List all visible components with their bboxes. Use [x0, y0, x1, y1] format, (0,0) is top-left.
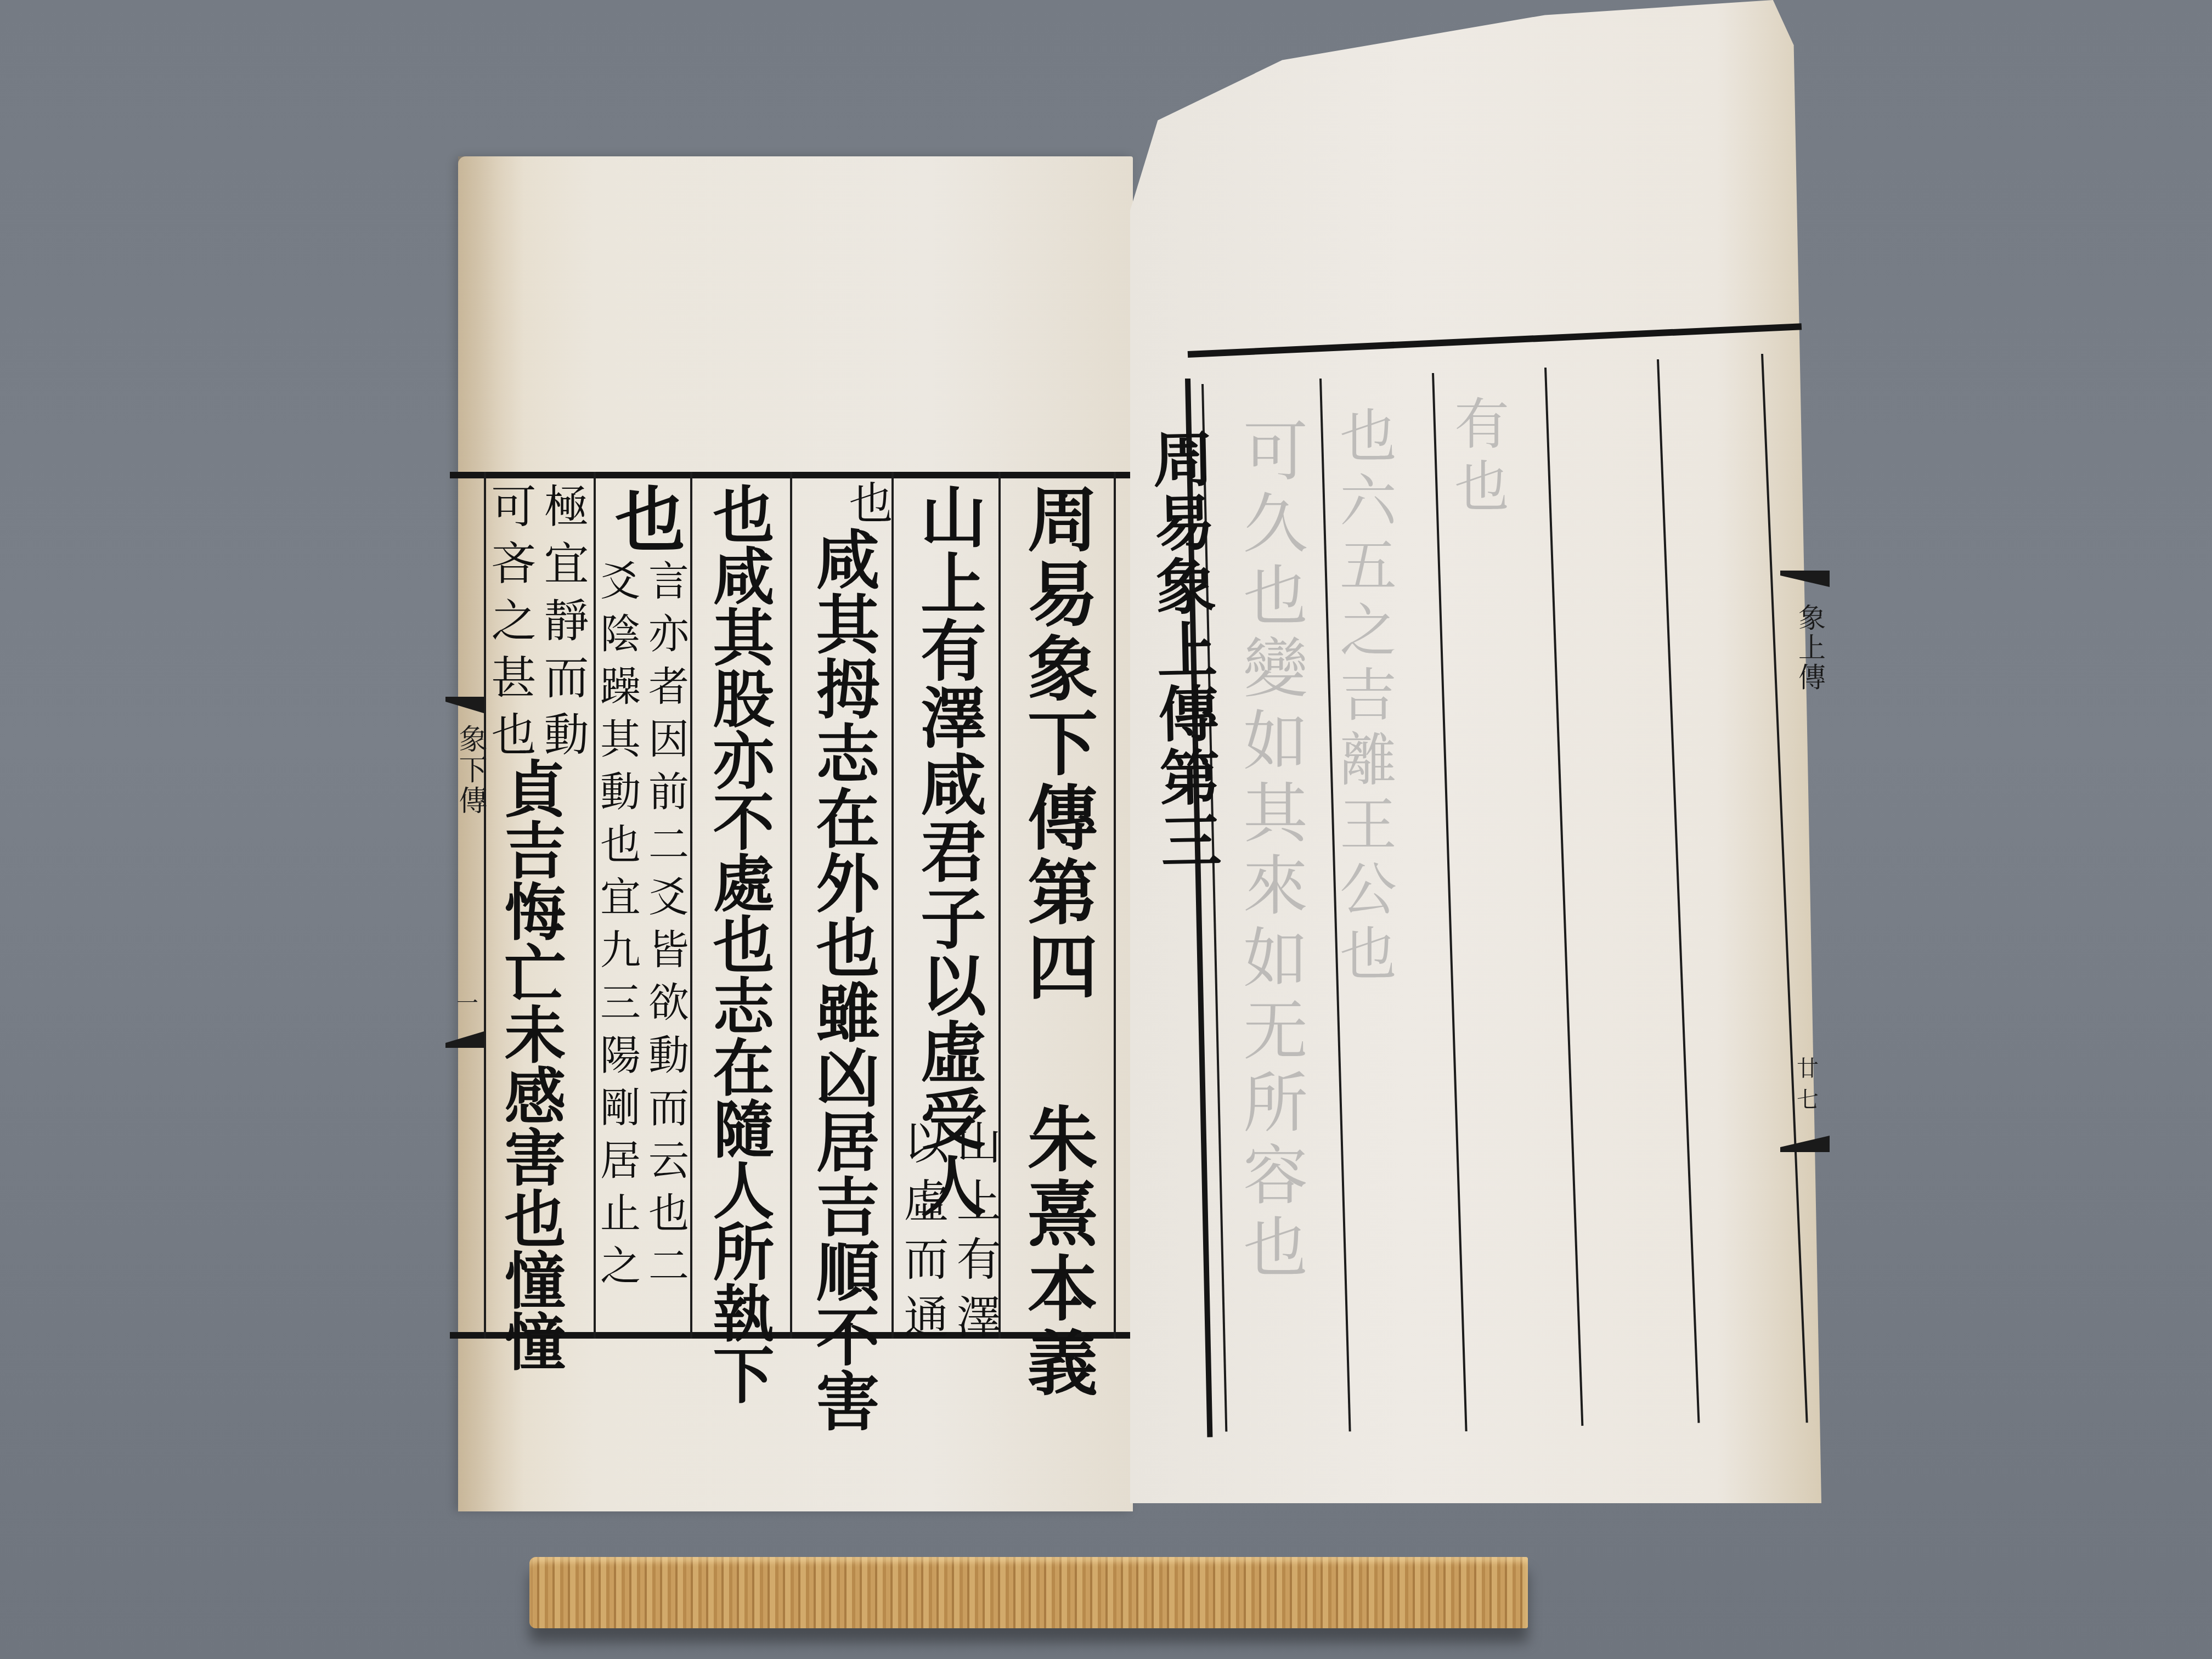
text-column: 貞吉悔亡未感害也憧憧 [499, 757, 561, 1372]
bamboo-stand [529, 1557, 1528, 1628]
right-banxin: 象上傳 廿七 [1780, 571, 1830, 1152]
commentary-line: 爻陰躁其動也宜九三陽剛居止之 [597, 560, 637, 1297]
right-chapter-title: 周易象上傳第三 [1148, 427, 1217, 874]
banxin-title: 象上傳 [1790, 603, 1830, 692]
column-rule [790, 472, 792, 1339]
column-rule [690, 472, 692, 1339]
commentary: 言亦者因前二爻皆欲動而云也二 爻陰躁其動也宜九三陽剛居止之 [597, 560, 686, 1297]
page-number: 一 [456, 986, 478, 1017]
column-rule [891, 472, 894, 1339]
page-number: 廿七 [1797, 1051, 1830, 1114]
commentary-line: 山上有澤 [952, 1119, 997, 1352]
commentary-line: 以虛而通 [900, 1119, 945, 1352]
column-rule [1114, 472, 1116, 1339]
commentary-line: 言亦者因前二爻皆欲動而云也二 [645, 560, 686, 1297]
commentary-line: 可吝之甚也 [487, 483, 532, 768]
chapter-title: 周易象下傳第四 [1022, 483, 1092, 1005]
fishtail-top-icon [445, 697, 484, 713]
commentary: 山上有澤 以虛而通 [900, 1119, 997, 1352]
left-banxin: 象下傳 一 [445, 697, 484, 1048]
commentary: 極宜靜而動 可吝之甚也 [487, 483, 585, 768]
photo-scene: 象下傳 一 周易象下傳第四 朱熹本義 山上有澤咸君子以虛受人 山上有澤 以虛而通… [0, 0, 2212, 1659]
author-line: 朱熹本義 [1022, 1103, 1092, 1401]
bleed-through-text: 有也 [1437, 395, 1516, 520]
fishtail-top-icon [1780, 571, 1830, 587]
fishtail-bottom-icon [445, 1031, 484, 1048]
right-page: 可久也變如其來如无所容也 也六五之吉離王公也 有也 [1130, 0, 1821, 1503]
text-column: 山上有澤咸君子以虛受人 [915, 483, 981, 1219]
bleed-through-text: 可久也變如其來如无所容也 [1223, 417, 1317, 1286]
text-column: 也 [609, 483, 679, 557]
fishtail-bottom-icon [1780, 1136, 1830, 1152]
commentary-line: 極宜靜而動 [540, 483, 585, 768]
text-column: 咸其拇志在外也雖凶居吉順不害 [811, 527, 874, 1433]
text-column: 也咸其股亦不處也志在隨人所執下 [708, 483, 769, 1404]
